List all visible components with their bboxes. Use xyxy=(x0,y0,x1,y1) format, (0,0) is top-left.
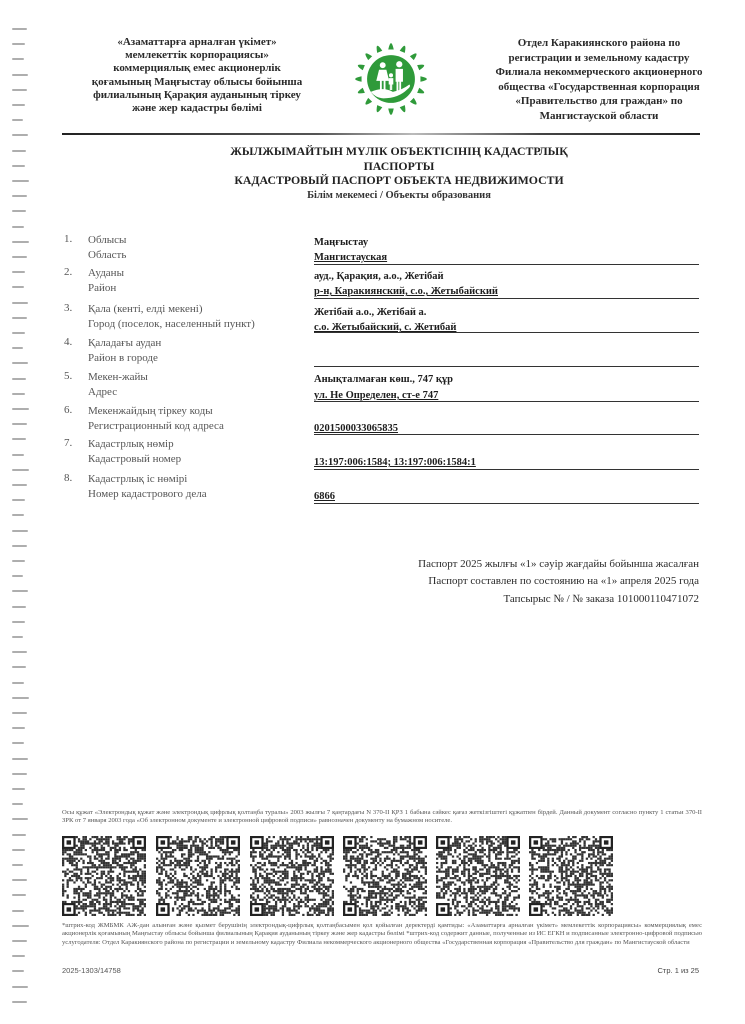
binding-mark xyxy=(12,317,27,319)
header-org-ru-line: Филиала некоммерческого акционерного xyxy=(482,65,716,80)
binding-mark xyxy=(12,119,23,121)
binding-mark xyxy=(12,438,26,440)
field-label-kz: Кадастрлық іс нөмірі xyxy=(88,472,308,487)
binding-mark xyxy=(12,986,28,988)
field-underline xyxy=(314,298,699,299)
field-label-kz: Облысы xyxy=(88,233,308,248)
header-org-ru-line: Отдел Каракиянского района по xyxy=(482,36,716,51)
qr-code-icon xyxy=(156,836,240,916)
header-org-kz-line: коммерциялық емес акционерлік xyxy=(66,62,328,75)
sun-family-hand-logo-icon xyxy=(345,33,437,125)
header-org-ru-line: «Правительство для граждан» по xyxy=(482,94,716,109)
title-ru: КАДАСТРОВЫЙ ПАСПОРТ ОБЪЕКТА НЕДВИЖИМОСТИ xyxy=(200,173,598,188)
field-label: ОблысыОбласть xyxy=(88,233,308,263)
binding-mark xyxy=(12,712,27,714)
field-number: 7. xyxy=(64,437,84,449)
binding-mark xyxy=(12,742,24,744)
field-value-kz: Анықталмаған көш., 747 құр xyxy=(314,373,699,386)
field-number: 4. xyxy=(64,336,84,348)
binding-mark xyxy=(12,788,25,790)
field-label: Мекен-жайыАдрес xyxy=(88,370,308,400)
binding-mark xyxy=(12,879,27,881)
binding-mark xyxy=(12,834,26,836)
binding-mark xyxy=(12,925,29,927)
binding-mark xyxy=(12,803,23,805)
header-org-kz-line: қоғамының Маңғыстау облысы бойынша xyxy=(66,76,328,89)
header-org-ru-line: регистрации и земельному кадастру xyxy=(482,51,716,66)
field-label: Қала (кенті, елді мекені)Город (поселок,… xyxy=(88,302,308,332)
binding-mark xyxy=(12,58,24,60)
field-number: 3. xyxy=(64,302,84,314)
field-label-kz: Қаладағы аудан xyxy=(88,336,308,351)
field-label: Мекенжайдың тіркеу кодыРегистрационный к… xyxy=(88,404,308,434)
field-label: Кадастрлық нөмірКадастровый номер xyxy=(88,437,308,467)
field-value-ru: Мангистауская xyxy=(314,251,699,264)
binding-mark xyxy=(12,560,25,562)
title-kz-line2: ПАСПОРТЫ xyxy=(200,159,598,174)
field-label-ru: Регистрационный код адреса xyxy=(88,419,308,434)
field-label-kz: Кадастрлық нөмір xyxy=(88,437,308,452)
header-org-kz-line: филиалының Қарақия ауданының тіркеу xyxy=(66,89,328,102)
binding-mark xyxy=(12,469,29,471)
binding-mark xyxy=(12,514,24,516)
field-label: Кадастрлық іс нөміріНомер кадастрового д… xyxy=(88,472,308,502)
field-label-kz: Мекенжайдың тіркеу коды xyxy=(88,404,308,419)
binding-mark xyxy=(12,302,28,304)
field-underline xyxy=(314,469,699,470)
binding-mark xyxy=(12,530,28,532)
field-label-ru: Район xyxy=(88,281,308,296)
field-value-ru: р-н, Каракиянский, с.о., Жетыбайский xyxy=(314,285,699,298)
header-divider xyxy=(62,133,700,135)
binding-mark xyxy=(12,165,25,167)
binding-mark xyxy=(12,651,27,653)
field-number: 5. xyxy=(64,370,84,382)
binding-mark xyxy=(12,104,25,106)
field-label-ru: Адрес xyxy=(88,385,308,400)
spiral-binding-marks xyxy=(0,0,40,1024)
header-org-kz-line: және жер кадастры бөлімі xyxy=(66,102,328,115)
page-number: Стр. 1 из 25 xyxy=(658,966,700,975)
field-underline xyxy=(314,434,699,435)
field-underline xyxy=(314,264,699,265)
legal-note: Осы құжат «Электрондық құжат және электр… xyxy=(62,809,702,826)
field-underline xyxy=(314,503,699,504)
field-value-kz: Жетібай а.о., Жетібай а. xyxy=(314,306,699,319)
field-label: АуданыРайон xyxy=(88,266,308,296)
field-number: 1. xyxy=(64,233,84,245)
qr-code-icon xyxy=(529,836,613,916)
order-number: Тапсырыс № / № заказа 101000110471072 xyxy=(503,593,699,605)
binding-mark xyxy=(12,286,24,288)
binding-mark xyxy=(12,484,27,486)
field-underline xyxy=(314,366,699,367)
qr-code-icon xyxy=(436,836,520,916)
field-label-ru: Район в городе xyxy=(88,351,308,366)
compiled-date-kz: Паспорт 2025 жылғы «1» сәуір жағдайы бой… xyxy=(418,558,699,570)
field-value-ru: 6866 xyxy=(314,490,699,503)
field-value-kz: ауд., Қарақия, а.о., Жетібай xyxy=(314,270,699,283)
binding-mark xyxy=(12,423,27,425)
field-label-kz: Қала (кенті, елді мекені) xyxy=(88,302,308,317)
binding-mark xyxy=(12,606,26,608)
binding-mark xyxy=(12,241,29,243)
binding-mark xyxy=(12,28,27,30)
header-org-ru-line: Мангистауской области xyxy=(482,109,716,124)
binding-mark xyxy=(12,180,29,182)
barcode-note: *штрих-код ЖМБМК АЖ-дан алынған және қыз… xyxy=(62,922,702,947)
binding-mark xyxy=(12,955,25,957)
binding-mark xyxy=(12,332,25,334)
title-kz-line1: ЖЫЛЖЫМАЙТЫН МҮЛІК ОБЪЕКТІСІНІҢ КАДАСТРЛЫ… xyxy=(200,144,598,159)
binding-mark xyxy=(12,271,25,273)
header-org-kz-line: мемлекеттік корпорациясы» xyxy=(66,49,328,62)
binding-mark xyxy=(12,727,25,729)
binding-mark xyxy=(12,89,27,91)
binding-mark xyxy=(12,910,24,912)
binding-mark xyxy=(12,134,28,136)
binding-mark xyxy=(12,970,24,972)
field-number: 8. xyxy=(64,472,84,484)
header-org-ru: Отдел Каракиянского района порегистрации… xyxy=(482,36,716,123)
binding-mark xyxy=(12,393,25,395)
binding-mark xyxy=(12,43,25,45)
field-label-kz: Мекен-жайы xyxy=(88,370,308,385)
field-underline xyxy=(314,401,699,402)
field-value-kz: Маңғыстау xyxy=(314,236,699,249)
binding-mark xyxy=(12,150,26,152)
field-label-ru: Кадастровый номер xyxy=(88,452,308,467)
binding-mark xyxy=(12,697,29,699)
binding-mark xyxy=(12,362,28,364)
binding-mark xyxy=(12,758,28,760)
binding-mark xyxy=(12,864,23,866)
binding-mark xyxy=(12,454,24,456)
binding-mark xyxy=(12,347,23,349)
header-org-kz: «Азаматтарға арналған үкімет»мемлекеттік… xyxy=(66,36,328,115)
field-number: 6. xyxy=(64,404,84,416)
object-type: Білім мекемесі / Объекты образования xyxy=(200,190,598,201)
binding-mark xyxy=(12,818,28,820)
field-label-ru: Область xyxy=(88,248,308,263)
binding-mark xyxy=(12,408,29,410)
document-title: ЖЫЛЖЫМАЙТЫН МҮЛІК ОБЪЕКТІСІНІҢ КАДАСТРЛЫ… xyxy=(200,144,598,188)
binding-mark xyxy=(12,590,28,592)
binding-mark xyxy=(12,195,27,197)
qr-code-icon xyxy=(250,836,334,916)
field-value-ru: 13:197:006:1584; 13:197:006:1584:1 xyxy=(314,456,699,469)
binding-mark xyxy=(12,940,27,942)
field-label-ru: Номер кадастрового дела xyxy=(88,487,308,502)
binding-mark xyxy=(12,545,27,547)
binding-mark xyxy=(12,226,24,228)
compiled-date-ru: Паспорт составлен по состоянию на «1» ап… xyxy=(428,575,699,587)
field-label-ru: Город (поселок, населенный пункт) xyxy=(88,317,308,332)
header-org-ru-line: общества «Государственная корпорация xyxy=(482,80,716,95)
binding-mark xyxy=(12,499,25,501)
binding-mark xyxy=(12,575,23,577)
binding-mark xyxy=(12,74,28,76)
field-number: 2. xyxy=(64,266,84,278)
binding-mark xyxy=(12,636,23,638)
binding-mark xyxy=(12,1001,27,1003)
qr-code-icon xyxy=(62,836,146,916)
binding-mark xyxy=(12,210,26,212)
binding-mark xyxy=(12,773,27,775)
qr-code-icon xyxy=(343,836,427,916)
field-label-kz: Ауданы xyxy=(88,266,308,281)
binding-mark xyxy=(12,666,26,668)
binding-mark xyxy=(12,378,26,380)
binding-mark xyxy=(12,682,24,684)
binding-mark xyxy=(12,849,25,851)
binding-mark xyxy=(12,256,27,258)
field-underline xyxy=(314,332,699,333)
field-label: Қаладағы ауданРайон в городе xyxy=(88,336,308,366)
document-id: 2025-1303/14758 xyxy=(62,966,121,975)
binding-mark xyxy=(12,621,25,623)
binding-mark xyxy=(12,894,26,896)
header-org-kz-line: «Азаматтарға арналған үкімет» xyxy=(66,36,328,49)
